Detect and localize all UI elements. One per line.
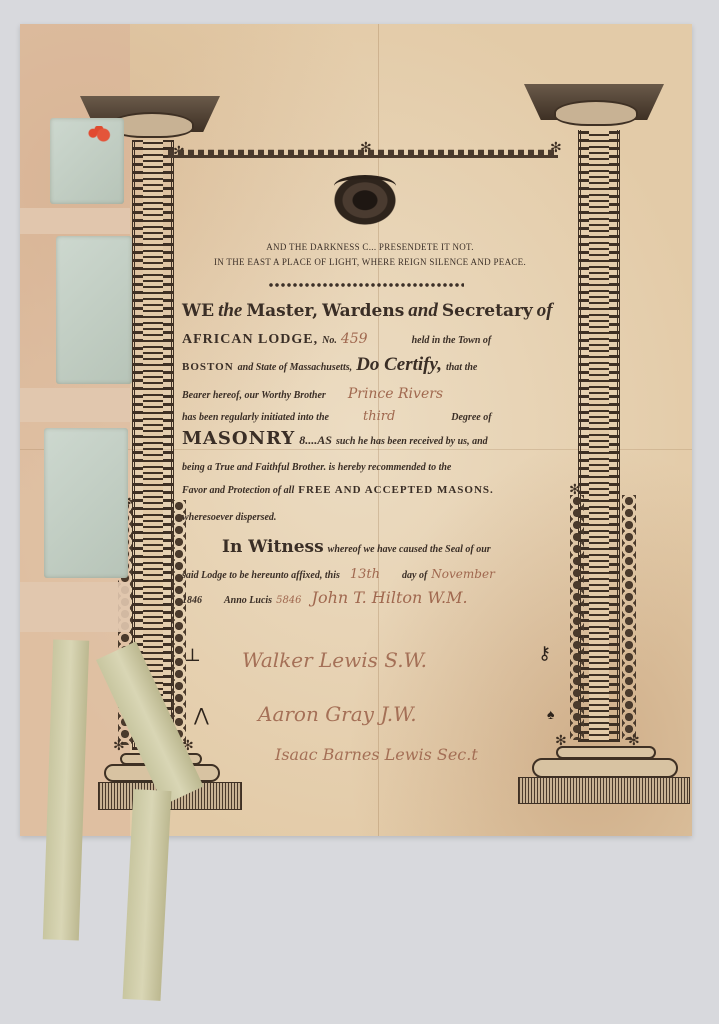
body-line-9: wheresoever dispersed. — [182, 507, 562, 525]
right-plinth — [518, 777, 690, 804]
star-ornament-icon: ✻ — [113, 740, 125, 754]
red-wax-seal-remnant — [84, 126, 114, 144]
motto-line-1: AND THE DARKNESS C... PRESENDETE IT NOT. — [180, 242, 560, 252]
month-value: November — [431, 567, 495, 581]
repair-tape — [20, 388, 130, 422]
right-leaf-ornament-outer — [570, 495, 584, 740]
ribbon-patch-lower — [44, 428, 128, 578]
repair-tape — [20, 582, 130, 632]
body-line-6: MASONRY 8....AS such he has been receive… — [182, 428, 562, 449]
body-line-2: AFRICAN LODGE, No. 459 held in the Town … — [182, 330, 562, 348]
eye-lid — [334, 175, 396, 197]
star-ornament-icon: ✻ — [360, 142, 372, 156]
crossed-keys-icon: ⚷ — [538, 643, 551, 664]
master-signature: John T. Hilton W.M. — [312, 588, 468, 607]
day-value: 13th — [350, 567, 380, 582]
degree-value: third — [363, 409, 395, 424]
star-ornament-icon: ✻ — [569, 484, 581, 498]
right-leaf-ornament-inner — [622, 495, 636, 740]
level-icon: ⊥ — [184, 645, 201, 666]
motto-line-2: IN THE EAST A PLACE OF LIGHT, WHERE REIG… — [180, 257, 560, 267]
body-line-3: BOSTON and State of Massachusetts, Do Ce… — [182, 354, 562, 376]
ribbon-patch-middle — [56, 236, 132, 384]
right-capital-scroll — [554, 100, 638, 126]
right-column-shaft — [578, 130, 620, 742]
signature-secretary: Isaac Barnes Lewis Sec.t — [275, 745, 478, 764]
body-line-12: 1846 Anno Lucis 5846 John T. Hilton W.M. — [182, 588, 562, 608]
body-line-7: being a True and Faithful Brother. is he… — [182, 457, 562, 475]
anno-lucis-value: 5846 — [276, 595, 301, 606]
signature-senior-warden: Walker Lewis S.W. — [242, 648, 427, 672]
repair-tape — [20, 208, 130, 234]
trowel-icon: ♠ — [547, 708, 554, 724]
star-ornament-icon: ✻ — [628, 735, 640, 749]
body-line-4: Bearer hereof, our Worthy Brother Prince… — [182, 385, 562, 403]
body-line-10: In Witness whereof we have caused the Se… — [182, 537, 602, 557]
body-line-5: has been regularly initiated into the th… — [182, 407, 562, 425]
body-line-8: Favor and Protection of all FREE AND ACC… — [182, 480, 562, 498]
year-value: 1846 — [182, 595, 202, 606]
body-line-11: said Lodge to be hereunto affixed, this … — [182, 565, 562, 583]
signature-junior-warden: Aaron Gray J.W. — [258, 702, 417, 726]
brother-name: Prince Rivers — [348, 386, 443, 402]
lodge-number: 459 — [341, 331, 368, 347]
body-line-1: WE the Master, Wardens and Secretary of — [182, 300, 562, 322]
ornamental-rule — [268, 283, 464, 287]
lodge-name: AFRICAN LODGE, — [182, 332, 318, 347]
compass-icon: ⋀ — [194, 705, 209, 726]
right-base-torus — [532, 758, 678, 778]
star-ornament-icon: ✻ — [555, 735, 567, 749]
